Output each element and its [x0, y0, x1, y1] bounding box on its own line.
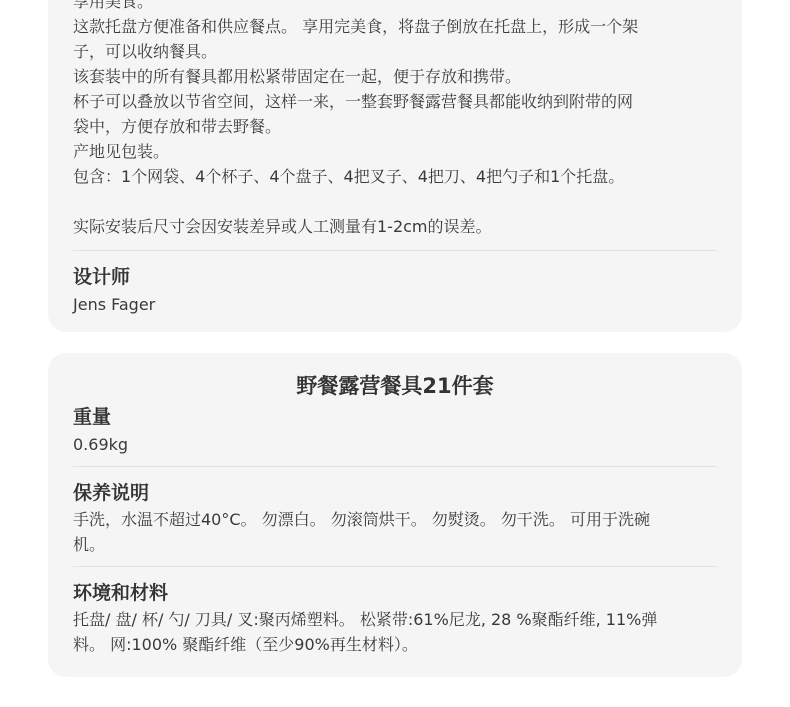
- description-line: 这款托盘方便准备和供应餐点。 享用完美食，将盘子倒放在托盘上，形成一个架: [73, 14, 717, 39]
- care-line: 手洗，水温不超过40°C。 勿漂白。 勿滚筒烘干。 勿熨烫。 勿干洗。 可用于洗…: [73, 507, 717, 532]
- materials-title: 环境和材料: [73, 580, 717, 606]
- materials-section: 环境和材料 托盘/ 盘/ 杯/ 勺/ 刀具/ 叉:聚丙烯塑料。 松紧带:61%尼…: [73, 567, 717, 657]
- description-line: 子，可以收纳餐具。: [73, 39, 717, 64]
- description-line: 杯子可以叠放以节省空间，这样一来，一整套野餐露营餐具都能收纳到附带的网: [73, 89, 717, 114]
- materials-line: 料。 网:100% 聚酯纤维（至少90%再生材料）。: [73, 632, 717, 657]
- product-description-card: 享用美食。 这款托盘方便准备和供应餐点。 享用完美食，将盘子倒放在托盘上，形成一…: [48, 0, 742, 332]
- product-spec-card: 野餐露营餐具21件套 重量 0.69kg 保养说明 手洗，水温不超过40°C。 …: [48, 353, 742, 677]
- description-line: 享用美食。: [73, 0, 717, 14]
- care-title: 保养说明: [73, 480, 717, 506]
- spec-card-title: 野餐露营餐具21件套: [73, 353, 717, 400]
- weight-title: 重量: [73, 404, 717, 430]
- description-line: 包含：1个网袋、4个杯子、4个盘子、4把叉子、4把刀、4把勺子和1个托盘。: [73, 164, 717, 189]
- blank-line: [73, 189, 717, 214]
- care-line: 机。: [73, 532, 717, 557]
- description-line: 该套装中的所有餐具都用松紧带固定在一起，便于存放和携带。: [73, 64, 717, 89]
- weight-section: 重量 0.69kg: [73, 400, 717, 457]
- description-text: 享用美食。 这款托盘方便准备和供应餐点。 享用完美食，将盘子倒放在托盘上，形成一…: [73, 0, 717, 239]
- materials-line: 托盘/ 盘/ 杯/ 勺/ 刀具/ 叉:聚丙烯塑料。 松紧带:61%尼龙, 28 …: [73, 607, 717, 632]
- care-section: 保养说明 手洗，水温不超过40°C。 勿漂白。 勿滚筒烘干。 勿熨烫。 勿干洗。…: [73, 467, 717, 557]
- weight-value: 0.69kg: [73, 432, 717, 457]
- description-line: 产地见包装。: [73, 139, 717, 164]
- designer-section: 设计师 Jens Fager: [73, 251, 717, 317]
- designer-title: 设计师: [73, 264, 717, 290]
- description-line: 实际安装后尺寸会因安装差异或人工测量有1-2cm的误差。: [73, 214, 717, 239]
- designer-name: Jens Fager: [73, 292, 717, 317]
- description-line: 袋中，方便存放和带去野餐。: [73, 114, 717, 139]
